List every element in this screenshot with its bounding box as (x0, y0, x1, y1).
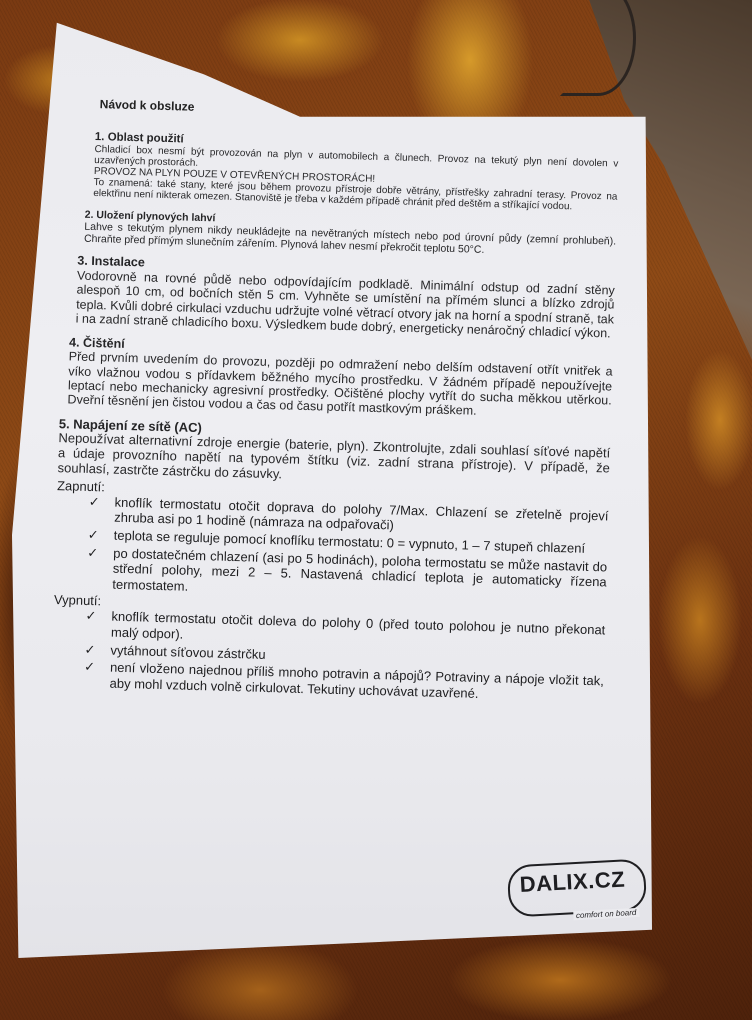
section-installation: 3. Instalace Vodorovně na rovné půdě neb… (76, 255, 616, 341)
section-gas-storage: 2. Uložení plynových lahví Lahve s tekut… (84, 209, 617, 260)
check-icon: ✓ (88, 527, 99, 543)
check-icon: ✓ (84, 642, 95, 658)
logo-text: DALIX.CZ (519, 866, 626, 897)
section-area-of-use: 1. Oblast použití Chladicí box nesmí být… (93, 131, 619, 214)
list-item-text: vytáhnout síťovou zástrčku (110, 642, 266, 661)
manual-page: Návod k obsluze 1. Oblast použití Chladi… (43, 96, 620, 715)
switch-on-list: ✓ knoflík termostatu otočit doprava do p… (54, 493, 609, 606)
section-mains-power: 5. Napájení ze sítě (AC) Nepoužívat alte… (51, 417, 610, 705)
dalix-logo: DALIX.CZ comfort on board (507, 858, 648, 917)
section-cleaning: 4. Čištění Před prvním uvedením do provo… (67, 336, 613, 422)
check-icon: ✓ (85, 608, 96, 624)
check-icon: ✓ (88, 494, 99, 510)
check-icon: ✓ (84, 659, 95, 675)
check-icon: ✓ (87, 545, 98, 561)
switch-off-list: ✓ knoflík termostatu otočit doleva do po… (51, 607, 605, 704)
